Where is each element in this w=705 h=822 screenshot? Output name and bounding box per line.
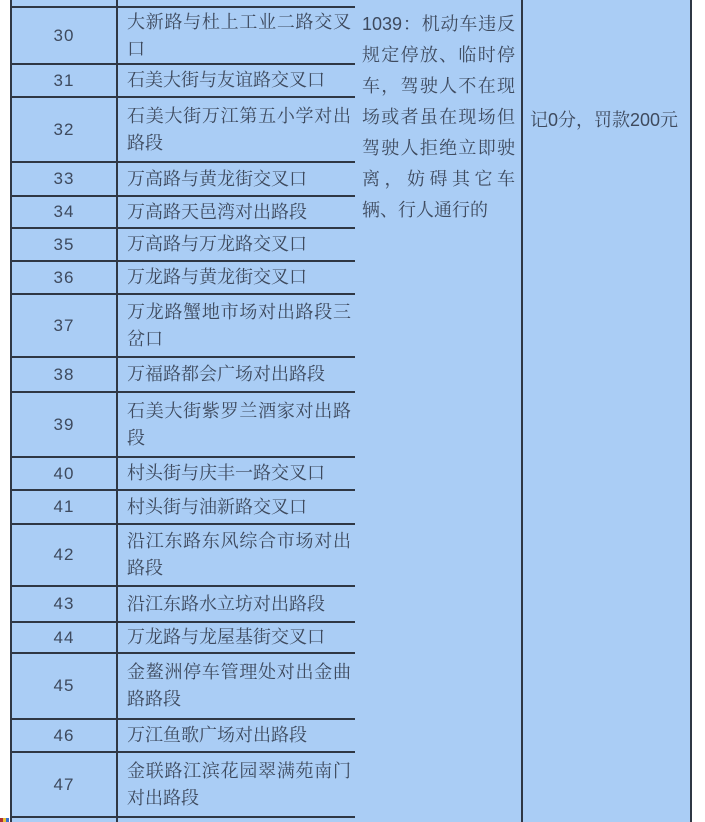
table-row [12, 818, 355, 822]
location-line: 万龙路与龙屋基街交叉口 [127, 624, 351, 651]
table-row: 42沿江东路东风综合市场对出路段 [12, 525, 355, 587]
violation-text-line: 规定停放、临时停 [362, 40, 515, 71]
row-number-cell: 40 [12, 458, 118, 489]
penalty-cell: 记0分，罚款200元 [523, 0, 692, 822]
location-line: 石美大街万江第五小学对出 [127, 103, 351, 130]
table-row: 34万高路天邑湾对出路段 [12, 197, 355, 229]
table-row: 37万龙路蟹地市场对出路段三岔口 [12, 295, 355, 358]
location-line: 沿江东路水立坊对出路段 [127, 591, 351, 618]
table-row: 32石美大街万江第五小学对出路段 [12, 98, 355, 163]
violation-text-line: 场或者虽在现场但 [362, 102, 515, 133]
row-number-cell: 35 [12, 229, 118, 260]
screenshot-artifact-pixels [0, 818, 9, 822]
table-row: 40村头街与庆丰一路交叉口 [12, 458, 355, 491]
row-number-cell [12, 818, 118, 822]
location-line: 大新路与杜上工业二路交叉 [127, 9, 351, 36]
table-row: 43沿江东路水立坊对出路段 [12, 587, 355, 623]
row-number-cell: 32 [12, 98, 118, 161]
location-cell: 金联路江滨花园翠满苑南门对出路段 [118, 753, 355, 816]
location-line: 石美大街紫罗兰酒家对出路 [127, 398, 351, 425]
location-line: 金鳌洲停车管理处对出金曲 [127, 659, 351, 686]
row-number-cell: 43 [12, 587, 118, 621]
location-line: 村头街与油新路交叉口 [127, 494, 351, 521]
row-number-cell: 44 [12, 623, 118, 652]
row-number-cell: 34 [12, 197, 118, 227]
violation-text-line: 1039：机动车违反 [362, 9, 515, 40]
location-cell: 万高路与万龙路交叉口 [118, 229, 355, 260]
table-row: 46万江鱼歌广场对出路段 [12, 720, 355, 753]
location-cell: 沿江东路东风综合市场对出路段 [118, 525, 355, 585]
location-cell: 万龙路蟹地市场对出路段三岔口 [118, 295, 355, 356]
location-line: 万高路与黄龙街交叉口 [127, 166, 351, 193]
violation-text-line: 车，驾驶人不在现 [362, 71, 515, 102]
location-line: 对出路段 [127, 785, 351, 812]
violation-description-cell: 1039：机动车违反规定停放、临时停车，驾驶人不在现场或者虽在现场但驾驶人拒绝立… [355, 0, 523, 822]
location-cell: 万高路与黄龙街交叉口 [118, 163, 355, 195]
table-row: 45金鳌洲停车管理处对出金曲路路段 [12, 654, 355, 720]
table-row: 30大新路与杜上工业二路交叉口 [12, 8, 355, 65]
row-number-cell: 31 [12, 65, 118, 96]
table-row: 39石美大街紫罗兰酒家对出路段 [12, 393, 355, 458]
location-cell: 石美大街紫罗兰酒家对出路段 [118, 393, 355, 456]
penalty-text: 记0分，罚款200元 [530, 104, 692, 137]
violation-text-line: 离，妨碍其它车 [362, 164, 515, 195]
table-row: 31石美大街与友谊路交叉口 [12, 65, 355, 98]
location-line: 段 [127, 425, 351, 452]
table-row: 36万龙路与黄龙街交叉口 [12, 262, 355, 295]
row-number-cell: 45 [12, 654, 118, 718]
location-cell: 沿江东路水立坊对出路段 [118, 587, 355, 621]
location-cell: 万福路都会广场对出路段 [118, 358, 355, 391]
location-line: 岔口 [127, 326, 351, 353]
location-line: 万高路天邑湾对出路段 [127, 199, 351, 226]
table-row: 38万福路都会广场对出路段 [12, 358, 355, 393]
table-rows-block: 30大新路与杜上工业二路交叉口31石美大街与友谊路交叉口32石美大街万江第五小学… [12, 0, 355, 822]
row-number-cell: 33 [12, 163, 118, 195]
location-cell: 万高路天邑湾对出路段 [118, 197, 355, 227]
location-cell: 金鳌洲停车管理处对出金曲路路段 [118, 654, 355, 718]
violation-text-line: 驾驶人拒绝立即驶 [362, 133, 515, 164]
row-number-cell: 46 [12, 720, 118, 751]
location-cell [118, 818, 355, 822]
location-line: 口 [127, 36, 351, 63]
location-line: 路段 [127, 555, 351, 582]
table-row [12, 0, 355, 8]
row-number-cell: 39 [12, 393, 118, 456]
location-line: 石美大街与友谊路交叉口 [127, 67, 351, 94]
table-row: 44万龙路与龙屋基街交叉口 [12, 623, 355, 654]
row-number-cell: 42 [12, 525, 118, 585]
location-cell: 万龙路与龙屋基街交叉口 [118, 623, 355, 652]
violation-text-line: 辆、行人通行的 [362, 195, 515, 226]
violations-table: 30大新路与杜上工业二路交叉口31石美大街与友谊路交叉口32石美大街万江第五小学… [10, 0, 692, 822]
location-cell: 大新路与杜上工业二路交叉口 [118, 8, 355, 63]
location-line: 万江鱼歌广场对出路段 [127, 722, 351, 749]
location-line: 路路段 [127, 686, 351, 713]
location-line: 万龙路蟹地市场对出路段三 [127, 299, 351, 326]
location-cell: 万江鱼歌广场对出路段 [118, 720, 355, 751]
location-line: 路段 [127, 130, 351, 157]
table-row: 35万高路与万龙路交叉口 [12, 229, 355, 262]
table-row: 33万高路与黄龙街交叉口 [12, 163, 355, 197]
location-line: 金联路江滨花园翠满苑南门 [127, 758, 351, 785]
row-number-cell: 30 [12, 8, 118, 63]
table-row: 41村头街与油新路交叉口 [12, 491, 355, 525]
location-cell: 石美大街与友谊路交叉口 [118, 65, 355, 96]
row-number-cell: 38 [12, 358, 118, 391]
row-number-cell: 37 [12, 295, 118, 356]
row-number-cell: 47 [12, 753, 118, 816]
table-row: 47金联路江滨花园翠满苑南门对出路段 [12, 753, 355, 818]
row-number-cell: 36 [12, 262, 118, 293]
document-page: 30大新路与杜上工业二路交叉口31石美大街与友谊路交叉口32石美大街万江第五小学… [0, 0, 705, 822]
row-number-cell: 41 [12, 491, 118, 523]
location-cell: 村头街与油新路交叉口 [118, 491, 355, 523]
location-line: 万龙路与黄龙街交叉口 [127, 264, 351, 291]
location-cell: 石美大街万江第五小学对出路段 [118, 98, 355, 161]
artifact-blue-pixel [6, 818, 9, 822]
location-line: 万高路与万龙路交叉口 [127, 231, 351, 258]
location-line: 沿江东路东风综合市场对出 [127, 528, 351, 555]
location-line: 万福路都会广场对出路段 [127, 361, 351, 388]
location-cell: 村头街与庆丰一路交叉口 [118, 458, 355, 489]
location-line: 村头街与庆丰一路交叉口 [127, 460, 351, 487]
location-cell [118, 0, 355, 6]
row-number-cell [12, 0, 118, 6]
location-cell: 万龙路与黄龙街交叉口 [118, 262, 355, 293]
